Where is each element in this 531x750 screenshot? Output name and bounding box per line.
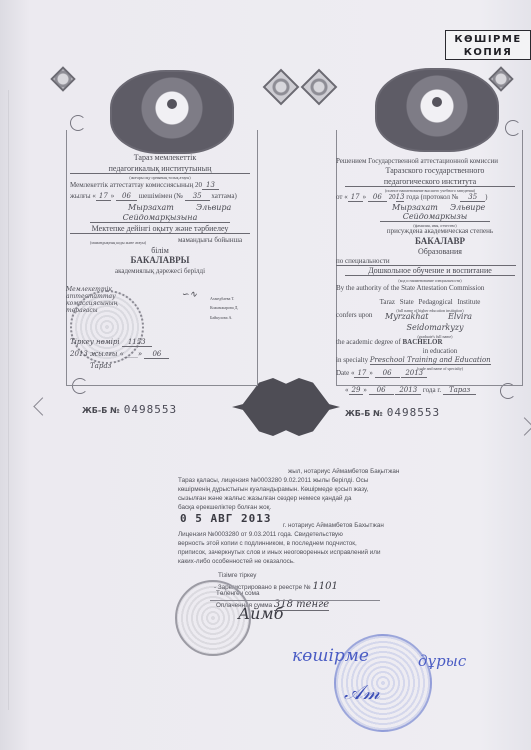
notary-kz-header: жыл, нотариус Аймамбетов Бақытжан xyxy=(288,468,399,475)
kz-reg-no: Тіркеу нөмірі 1153 xyxy=(70,338,152,346)
kz-signature: ∽∿ xyxy=(182,290,197,300)
ru-degree: БАКАЛАВР xyxy=(390,236,490,246)
en-institution: Taraz State Pedagogical Institute xyxy=(345,298,515,306)
ru-specialty-caption: (код и наименование специальности) xyxy=(380,278,480,283)
ru-decision-date: от «17» 06 2013 года (протокол № 35) xyxy=(336,193,488,201)
kz-serial: ЖБ-Б № 0498553 xyxy=(82,400,177,418)
ru-serial: ЖБ-Б № 0498553 xyxy=(345,403,440,421)
notary-ru-line: Лицензия №0003280 от 9.03.2011 года. Сви… xyxy=(178,531,343,538)
kz-reg-date: 2013 жылғы «____» 06 xyxy=(70,350,169,358)
kz-commission-text: Мемлекеттік аттестаттау комиссиясының 20… xyxy=(70,181,219,189)
kz-signer-3: Байкулова А. xyxy=(210,315,232,320)
notary-kz-line: сызылған және жалғыс жазылған сөздер нем… xyxy=(178,495,352,502)
notary-kz-line: Тараз қаласы, лицензия №0003280 9.02.201… xyxy=(178,477,368,484)
kz-patronymic: Сейдомарқызына xyxy=(90,213,230,223)
kz-institution-line1: Тараз мемлекеттік xyxy=(100,153,230,162)
ru-field: Образования xyxy=(390,247,490,256)
ru-institution-line1: Таразского государственного xyxy=(370,166,500,175)
handwritten-note-correct: дұрыс xyxy=(418,652,466,670)
notary-ru-line: приписок, зачеркнутых слов и иных неогов… xyxy=(178,549,380,556)
kz-decision-date: жылғы «17» 06 шешімімен (№ 35 хаттама) xyxy=(70,192,237,200)
kz-signer-1: Ахмедбаева Т. xyxy=(210,296,234,301)
en-date-line: Date «17» 06 2013 xyxy=(336,369,427,377)
kz-degree: БАКАЛАВРЫ xyxy=(110,255,210,265)
ru-patronymic: Сейдомаркызы xyxy=(380,212,490,222)
ru-awarded-text: присуждена академическая степень xyxy=(370,227,510,235)
ru-issue-date-line: «29» 06 2013 года г. Тараз xyxy=(345,386,476,394)
en-field: in education xyxy=(400,347,480,355)
en-degree-line: the academic degree of BACHELOR xyxy=(336,338,443,346)
kz-field: білім xyxy=(130,246,190,255)
kz-specialty: Мектепке дейінгі оқыту және тәрбиелеу xyxy=(70,224,250,234)
kz-specialty-caption: (мамандықтың коды және атауы) xyxy=(90,240,146,245)
notary-kz-line: басқа ерекшеліктер болған жоқ. xyxy=(178,504,271,511)
kz-surname: Мырзахат xyxy=(128,203,174,212)
kz-institution-line2: педагогикалық институтының xyxy=(70,164,250,174)
copy-stamp-ru: КОПИЯ xyxy=(446,46,530,59)
kz-city: Тараз xyxy=(90,362,111,370)
copy-stamp-kz: КӨШІРМЕ xyxy=(446,33,530,46)
en-given-name: Elvira xyxy=(448,312,472,321)
en-confers-label: confers upon xyxy=(336,311,372,319)
en-surname: Myrzakhat xyxy=(385,312,429,321)
kz-institution-caption: (жоғары оқу орнының толық атауы) xyxy=(90,175,230,180)
scroll-curl-icon xyxy=(70,115,86,131)
en-patronymic: Seidomarkyzy xyxy=(380,323,490,332)
ru-institution-line2: педагогического института xyxy=(345,177,515,187)
notary-signature: Аймб xyxy=(238,604,283,623)
notary-ru-header: г. нотариус Аймамбетов Бахытжан xyxy=(283,522,384,529)
en-specialty-line: in specialty Preschool Training and Educ… xyxy=(336,356,491,364)
ru-given-name: Эльвире xyxy=(450,203,485,212)
blue-signature: 𝒜𝓂 xyxy=(344,680,380,704)
handwritten-note-copy: көшірме xyxy=(292,646,369,666)
notary-ru-line: верность этой копии с подлинником, в пос… xyxy=(178,540,357,547)
kz-signer-2: Кожамжарова Д. xyxy=(210,305,238,310)
page-edge-line xyxy=(8,90,9,710)
ru-decision-text: Решением Государственной аттестационной … xyxy=(336,157,498,165)
en-authority: By the authority of the State Attestatio… xyxy=(336,284,484,292)
kz-given-name: Эльвира xyxy=(196,203,231,212)
notary-ru-line: каких-либо особенностей не оказалось. xyxy=(178,558,295,565)
copy-stamp: КӨШІРМЕ КОПИЯ xyxy=(445,30,531,60)
notary-registry-kz: Тізімге тіркеу xyxy=(218,572,256,579)
notary-rule xyxy=(210,600,380,601)
notary-date-stamp: 0 5 АВГ 2013 xyxy=(180,512,271,525)
kz-degree-suffix: академиялық дәрежесі берілді xyxy=(100,267,220,275)
ru-specialty: Дошкольное обучение и воспитание xyxy=(345,266,515,276)
notary-kz-line: көшірменің дұрыстығын куәландырамын. Көш… xyxy=(178,486,368,493)
kz-specialty-suffix: мамандығы бойынша xyxy=(178,236,242,244)
ru-specialty-label: по специальности xyxy=(336,257,516,266)
ru-surname: Мырзахат xyxy=(392,203,438,212)
